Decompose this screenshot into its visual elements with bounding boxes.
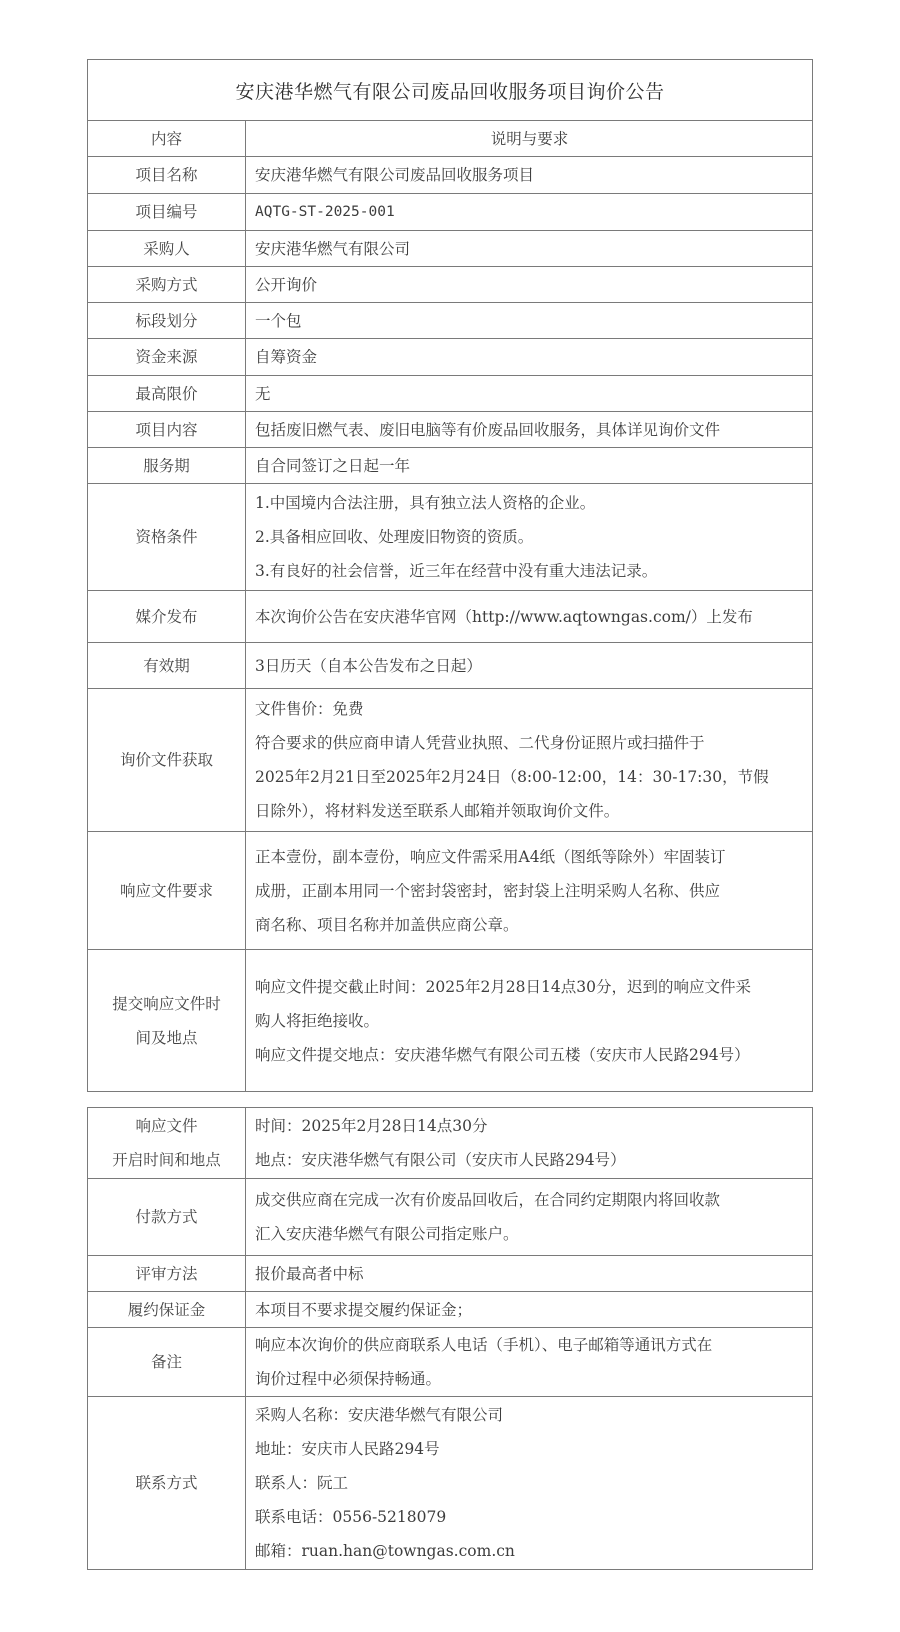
- value-lot-division: 一个包: [246, 303, 812, 338]
- value-project-name: 安庆港华燃气有限公司废品回收服务项目: [246, 157, 812, 193]
- label-evaluation-method: 评审方法: [88, 1256, 246, 1291]
- qualification-item: 1.中国境内合法注册，具有独立法人资格的企业。: [255, 486, 804, 520]
- label-remarks: 备注: [88, 1328, 246, 1396]
- row-max-price: 最高限价 无: [88, 376, 812, 412]
- value-document-acquisition: 文件售价：免费 符合要求的供应商申请人凭营业执照、二代身份证照片或扫描件于 20…: [246, 689, 812, 831]
- row-project-number: 项目编号 AQTG-ST-2025-001: [88, 194, 812, 231]
- value-payment-method: 成交供应商在完成一次有价废品回收后，在合同约定期限内将回收款 汇入安庆港华燃气有…: [246, 1179, 812, 1255]
- row-media-publication: 媒介发布 本次询价公告在安庆港华官网（http://www.aqtowngas.…: [88, 591, 812, 643]
- row-project-name: 项目名称 安庆港华燃气有限公司废品回收服务项目: [88, 157, 812, 194]
- label-submission-time-place: 提交响应文件时 间及地点: [88, 950, 246, 1091]
- header-content: 内容: [88, 121, 246, 156]
- row-project-content: 项目内容 包括废旧燃气表、废旧电脑等有价废品回收服务，具体详见询价文件: [88, 412, 812, 448]
- value-qualifications: 1.中国境内合法注册，具有独立法人资格的企业。 2.具备相应回收、处理废旧物资的…: [246, 484, 812, 590]
- label-media-publication: 媒介发布: [88, 591, 246, 642]
- value-opening-time-place: 时间：2025年2月28日14点30分 地点：安庆港华燃气有限公司（安庆市人民路…: [246, 1108, 812, 1178]
- announcement-table-continued: 响应文件 开启时间和地点 时间：2025年2月28日14点30分 地点：安庆港华…: [87, 1107, 813, 1570]
- label-payment-method: 付款方式: [88, 1179, 246, 1255]
- announcement-table-main: 安庆港华燃气有限公司废品回收服务项目询价公告 内容 说明与要求 项目名称 安庆港…: [87, 59, 813, 1092]
- row-payment-method: 付款方式 成交供应商在完成一次有价废品回收后，在合同约定期限内将回收款 汇入安庆…: [88, 1179, 812, 1256]
- row-document-acquisition: 询价文件获取 文件售价：免费 符合要求的供应商申请人凭营业执照、二代身份证照片或…: [88, 689, 812, 832]
- value-response-requirements: 正本壹份，副本壹份，响应文件需采用A4纸（图纸等除外）牢固装订 成册，正副本用同…: [246, 832, 812, 949]
- header-description: 说明与要求: [246, 121, 812, 156]
- value-purchaser: 安庆港华燃气有限公司: [246, 231, 812, 266]
- qualification-item: 3.有良好的社会信誉，近三年在经营中没有重大违法记录。: [255, 554, 804, 588]
- label-performance-bond: 履约保证金: [88, 1292, 246, 1327]
- table-header-row: 内容 说明与要求: [88, 121, 812, 157]
- row-qualifications: 资格条件 1.中国境内合法注册，具有独立法人资格的企业。 2.具备相应回收、处理…: [88, 484, 812, 591]
- value-submission-time-place: 响应文件提交截止时间：2025年2月28日14点30分，迟到的响应文件采 购人将…: [246, 950, 812, 1091]
- label-document-acquisition: 询价文件获取: [88, 689, 246, 831]
- row-submission-time-place: 提交响应文件时 间及地点 响应文件提交截止时间：2025年2月28日14点30分…: [88, 950, 812, 1091]
- row-remarks: 备注 响应本次询价的供应商联系人电话（手机）、电子邮箱等通讯方式在 询价过程中必…: [88, 1328, 812, 1397]
- value-evaluation-method: 报价最高者中标: [246, 1256, 812, 1291]
- row-purchaser: 采购人 安庆港华燃气有限公司: [88, 231, 812, 267]
- contact-person: 联系人：阮工: [255, 1466, 804, 1500]
- label-validity: 有效期: [88, 643, 246, 688]
- label-service-period: 服务期: [88, 448, 246, 483]
- document-title: 安庆港华燃气有限公司废品回收服务项目询价公告: [88, 60, 812, 121]
- row-response-requirements: 响应文件要求 正本壹份，副本壹份，响应文件需采用A4纸（图纸等除外）牢固装订 成…: [88, 832, 812, 950]
- contact-address: 地址：安庆市人民路294号: [255, 1432, 804, 1466]
- contact-email: 邮箱：ruan.han@towngas.com.cn: [255, 1534, 804, 1568]
- row-performance-bond: 履约保证金 本项目不要求提交履约保证金；: [88, 1292, 812, 1328]
- contact-purchaser-name: 采购人名称：安庆港华燃气有限公司: [255, 1398, 804, 1432]
- value-procurement-method: 公开询价: [246, 267, 812, 302]
- value-contact-info: 采购人名称：安庆港华燃气有限公司 地址：安庆市人民路294号 联系人：阮工 联系…: [246, 1397, 812, 1569]
- value-remarks: 响应本次询价的供应商联系人电话（手机）、电子邮箱等通讯方式在 询价过程中必须保持…: [246, 1328, 812, 1396]
- row-lot-division: 标段划分 一个包: [88, 303, 812, 339]
- contact-phone: 联系电话：0556-5218079: [255, 1500, 804, 1534]
- label-lot-division: 标段划分: [88, 303, 246, 338]
- label-purchaser: 采购人: [88, 231, 246, 266]
- row-procurement-method: 采购方式 公开询价: [88, 267, 812, 303]
- value-project-number: AQTG-ST-2025-001: [246, 194, 812, 230]
- value-max-price: 无: [246, 376, 812, 411]
- label-opening-time-place: 响应文件 开启时间和地点: [88, 1108, 246, 1178]
- value-service-period: 自合同签订之日起一年: [246, 448, 812, 483]
- value-fund-source: 自筹资金: [246, 339, 812, 375]
- label-contact-info: 联系方式: [88, 1397, 246, 1569]
- value-validity: 3日历天（自本公告发布之日起）: [246, 643, 812, 688]
- label-project-content: 项目内容: [88, 412, 246, 447]
- row-fund-source: 资金来源 自筹资金: [88, 339, 812, 376]
- row-validity: 有效期 3日历天（自本公告发布之日起）: [88, 643, 812, 689]
- row-contact-info: 联系方式 采购人名称：安庆港华燃气有限公司 地址：安庆市人民路294号 联系人：…: [88, 1397, 812, 1569]
- row-evaluation-method: 评审方法 报价最高者中标: [88, 1256, 812, 1292]
- qualification-item: 2.具备相应回收、处理废旧物资的资质。: [255, 520, 804, 554]
- label-procurement-method: 采购方式: [88, 267, 246, 302]
- value-performance-bond: 本项目不要求提交履约保证金；: [246, 1292, 812, 1327]
- label-response-requirements: 响应文件要求: [88, 832, 246, 949]
- label-fund-source: 资金来源: [88, 339, 246, 375]
- label-project-name: 项目名称: [88, 157, 246, 193]
- value-project-content: 包括废旧燃气表、废旧电脑等有价废品回收服务，具体详见询价文件: [246, 412, 812, 447]
- label-qualifications: 资格条件: [88, 484, 246, 590]
- value-media-publication: 本次询价公告在安庆港华官网（http://www.aqtowngas.com/）…: [246, 591, 812, 642]
- row-service-period: 服务期 自合同签订之日起一年: [88, 448, 812, 484]
- label-max-price: 最高限价: [88, 376, 246, 411]
- label-project-number: 项目编号: [88, 194, 246, 230]
- row-opening-time-place: 响应文件 开启时间和地点 时间：2025年2月28日14点30分 地点：安庆港华…: [88, 1108, 812, 1179]
